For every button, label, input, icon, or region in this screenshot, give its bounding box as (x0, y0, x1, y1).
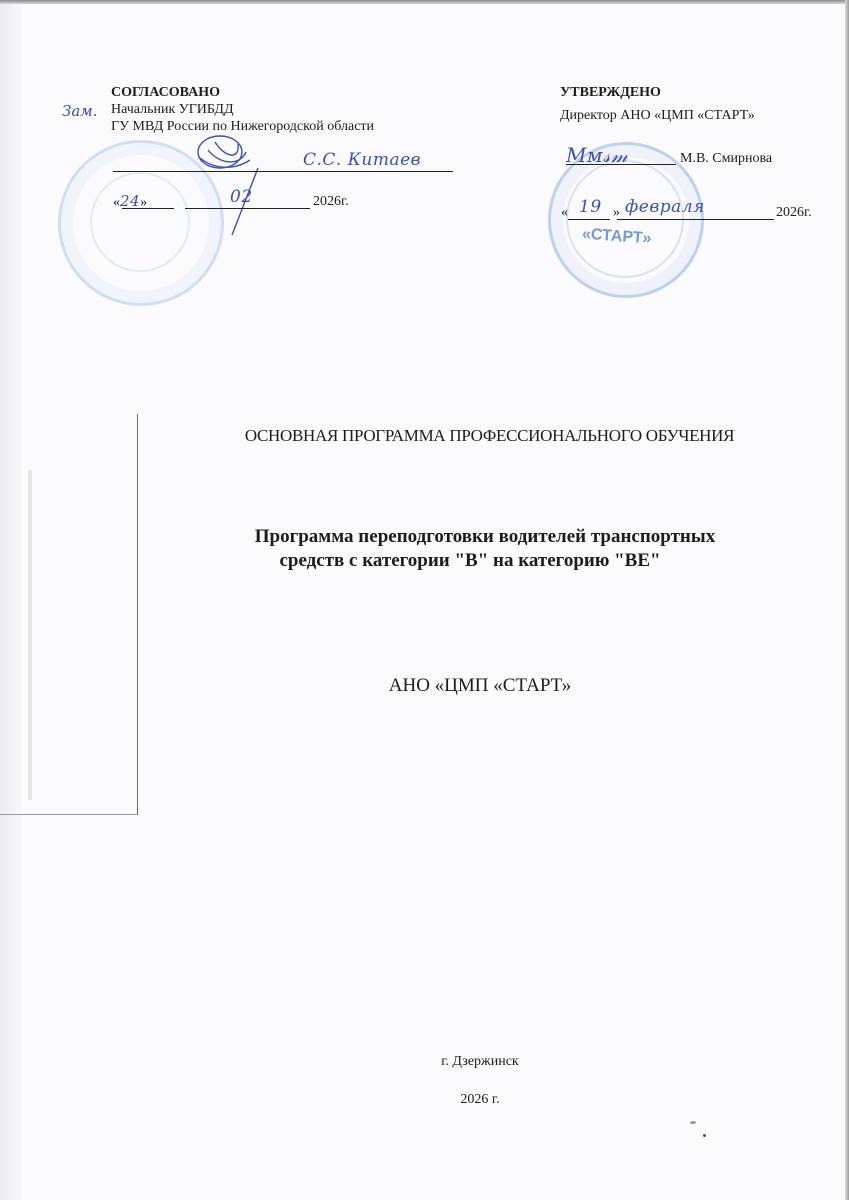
program-title-line1: Программа переподготовки водителей транс… (175, 525, 795, 549)
approved-signatory: М.В. Смирнова (680, 150, 772, 167)
approved-position: Директор АНО «ЦМП «СТАРТ» (560, 107, 830, 124)
program-title: Программа переподготовки водителей транс… (175, 525, 795, 573)
agreed-date-year: 2026г. (313, 193, 349, 210)
agreed-day-line (122, 208, 174, 209)
city: г. Дзержинск (380, 1054, 580, 1070)
margin-note-handwritten: Зам. (62, 102, 98, 120)
approved-heading: УТВЕРЖДЕНО (560, 84, 830, 101)
agreed-heading: СОГЛАСОВАНО (111, 84, 491, 101)
agreed-position-line2: ГУ МВД России по Нижегородской области (111, 118, 491, 135)
agreed-position-line1: Начальник УГИБДД (111, 101, 491, 118)
agreed-signature-line (113, 171, 453, 172)
gibdd-stamp-inner (90, 172, 190, 272)
program-title-line2: средств с категории "B" на категорию "BE… (175, 549, 765, 573)
page-edge-right (845, 0, 849, 1200)
agreed-date-month: 02 (230, 187, 253, 207)
approved-date-day: 19 (579, 197, 602, 217)
approved-month-line (617, 219, 774, 220)
page-edge-top (0, 0, 849, 4)
underlying-sheet-edge (0, 414, 138, 815)
scan-speck (703, 1134, 706, 1137)
program-type-heading: ОСНОВНАЯ ПРОГРАММА ПРОФЕССИОНАЛЬНОГО ОБУ… (130, 426, 849, 446)
approved-date-month: февраля (625, 197, 705, 217)
approved-block: УТВЕРЖДЕНО Директор АНО «ЦМП «СТАРТ» (560, 84, 830, 124)
scan-speck (690, 1121, 696, 1124)
agreed-signature-name: С.С. Китаев (303, 150, 421, 170)
approved-date-year: 2026г. (776, 204, 812, 221)
year: 2026 г. (380, 1092, 580, 1108)
agreed-signature-scribble (180, 130, 290, 240)
approved-day-line (568, 219, 610, 220)
agreed-block: СОГЛАСОВАНО Начальник УГИБДД ГУ МВД Росс… (111, 84, 491, 135)
date-open-quote: « (113, 195, 120, 210)
approved-signature-line (566, 164, 676, 165)
agreed-month-line (185, 208, 310, 209)
organization-name: АНО «ЦМП «СТАРТ» (300, 675, 660, 697)
